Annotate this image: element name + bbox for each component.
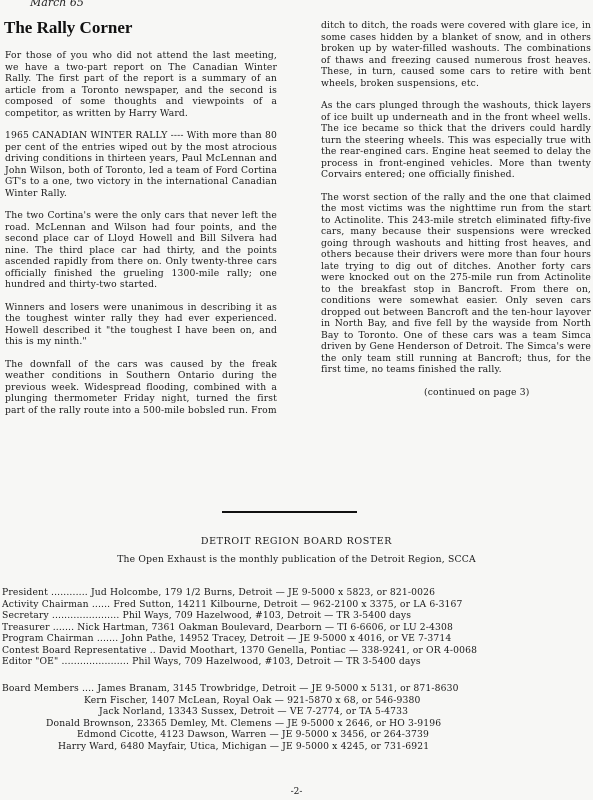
board-member-entry: Kern Fischer, 1407 McLean, Royal Oak — 9… xyxy=(84,695,420,706)
officer-role: Treasurer ....... xyxy=(2,622,74,633)
article-title: The Rally Corner xyxy=(4,18,132,38)
board-member-row: Harry Ward, 6480 Mayfair, Utica, Michiga… xyxy=(2,741,590,753)
officer-row: Contest Board Representative .. David Mo… xyxy=(2,645,590,657)
board-member-row: Kern Fischer, 1407 McLean, Royal Oak — 9… xyxy=(2,695,590,707)
officer-role: Editor "OE" ...................... xyxy=(2,656,129,667)
officer-row: President ............ Jud Holcombe, 179… xyxy=(2,587,590,599)
board-member-entry: James Branam, 3145 Trowbridge, Detroit —… xyxy=(97,683,458,694)
board-member-entry: Edmond Cicotte, 4123 Dawson, Warren — JE… xyxy=(77,729,429,740)
article-left-column: For those of you who did not attend the … xyxy=(5,50,277,427)
officer-entry: Phil Ways, 709 Hazelwood, #103, Detroit … xyxy=(123,610,412,621)
section-divider xyxy=(222,511,357,513)
officer-row: Program Chairman ....... John Pathe, 149… xyxy=(2,633,590,645)
board-member-row: Edmond Cicotte, 4123 Dawson, Warren — JE… xyxy=(2,729,590,741)
article-paragraph: As the cars plunged through the washouts… xyxy=(321,100,591,181)
board-member-entry: Harry Ward, 6480 Mayfair, Utica, Michiga… xyxy=(58,741,429,752)
officer-row: Editor "OE" ...................... Phil … xyxy=(2,656,590,668)
officer-row: Treasurer ....... Nick Hartman, 7361 Oak… xyxy=(2,622,590,634)
officer-role: Secretary ...................... xyxy=(2,610,119,621)
board-member-entry: Jack Norland, 13343 Sussex, Detroit — VE… xyxy=(99,706,408,717)
officer-entry: David Moothart, 1370 Genella, Pontiac — … xyxy=(159,645,477,656)
article-paragraph: The downfall of the cars was caused by t… xyxy=(5,359,277,417)
roster-subtitle: The Open Exhaust is the monthly publicat… xyxy=(0,554,593,565)
officer-role: Activity Chairman ...... xyxy=(2,599,110,610)
board-member-entry: Donald Brownson, 23365 Demley, Mt. Cleme… xyxy=(46,718,441,729)
handwritten-date-note: March 65 xyxy=(30,0,84,9)
article-paragraph: The two Cortina's were the only cars tha… xyxy=(5,210,277,291)
board-members-label: Board Members .... xyxy=(2,683,94,694)
board-member-row: Jack Norland, 13343 Sussex, Detroit — VE… xyxy=(2,706,590,718)
officer-role: Contest Board Representative .. xyxy=(2,645,156,656)
board-member-row: Donald Brownson, 23365 Demley, Mt. Cleme… xyxy=(2,718,590,730)
article-paragraph: The worst section of the rally and the o… xyxy=(321,192,591,376)
officer-role: Program Chairman ....... xyxy=(2,633,118,644)
officer-row: Activity Chairman ...... Fred Sutton, 14… xyxy=(2,599,590,611)
continued-note: (continued on page 3) xyxy=(321,387,591,399)
officer-entry: Phil Ways, 709 Hazelwood, #103, Detroit … xyxy=(132,656,421,667)
article-right-column: ditch to ditch, the roads were covered w… xyxy=(321,20,591,398)
roster-title: DETROIT REGION BOARD ROSTER xyxy=(0,536,593,547)
article-paragraph: ditch to ditch, the roads were covered w… xyxy=(321,20,591,89)
officer-entry: John Pathe, 14952 Tracey, Detroit — JE 9… xyxy=(121,633,451,644)
officer-entry: Jud Holcombe, 179 1/2 Burns, Detroit — J… xyxy=(91,587,435,598)
article-paragraph: For those of you who did not attend the … xyxy=(5,50,277,119)
officer-entry: Nick Hartman, 7361 Oakman Boulevard, Dea… xyxy=(77,622,453,633)
officer-role: President ............ xyxy=(2,587,88,598)
board-members-list: Board Members .... James Branam, 3145 Tr… xyxy=(2,683,590,752)
officer-row: Secretary ...................... Phil Wa… xyxy=(2,610,590,622)
board-member-row: Board Members .... James Branam, 3145 Tr… xyxy=(2,683,590,695)
article-paragraph: Winners and losers were unanimous in des… xyxy=(5,302,277,348)
officer-entry: Fred Sutton, 14211 Kilbourne, Detroit — … xyxy=(113,599,462,610)
article-paragraph: 1965 CANADIAN WINTER RALLY ---- With mor… xyxy=(5,130,277,199)
page-number: -2- xyxy=(0,787,593,797)
officer-list: President ............ Jud Holcombe, 179… xyxy=(2,587,590,668)
